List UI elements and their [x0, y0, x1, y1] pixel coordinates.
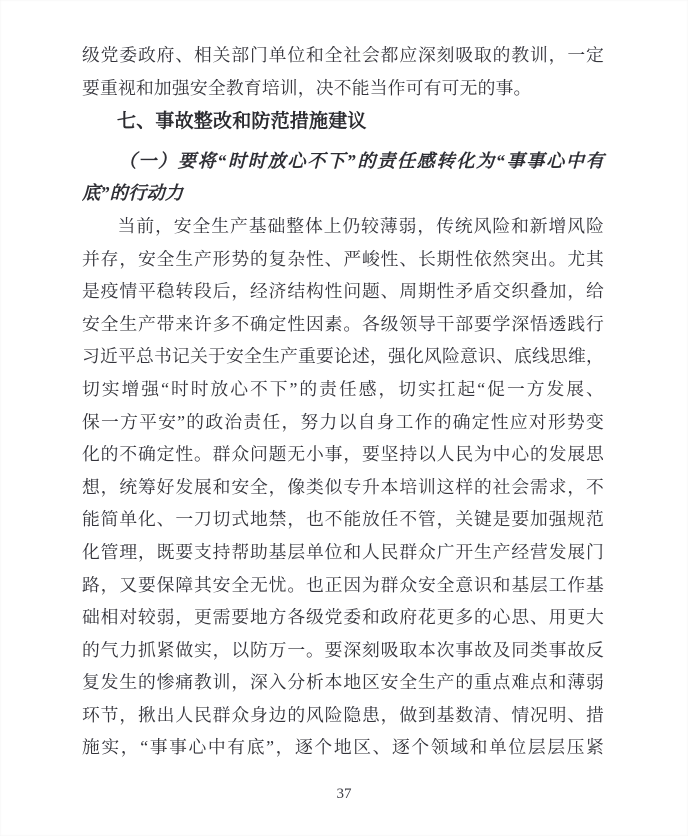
body-line: 当前，安全生产基础整体上仍较薄弱，传统风险和新增风险: [82, 210, 604, 243]
body-line: 切实增强“时时放心不下”的责任感，切实扛起“促一方发展、: [82, 373, 604, 406]
body-line: 化的不确定性。群众问题无小事，要坚持以人民为中心的发展思: [82, 438, 604, 471]
body-line: 复发生的惨痛教训，深入分析本地区安全生产的重点难点和薄弱: [82, 666, 604, 699]
body-line: 级党委政府、相关部门单位和全社会都应深刻吸取的教训，一定: [82, 39, 604, 72]
body-line: 能简单化、一刀切式地禁，也不能放任不管，关键是要加强规范: [82, 503, 604, 536]
body-line: 习近平总书记关于安全生产重要论述，强化风险意识、底线思维，: [82, 340, 604, 373]
page-number: 37: [0, 786, 688, 803]
body-line: 化管理，既要支持帮助基层单位和人民群众广开生产经营发展门: [82, 536, 604, 569]
body-line: 保一方平安”的政治责任，努力以自身工作的确定性应对形势变: [82, 406, 604, 439]
body-line: 的气力抓紧做实，以防万一。要深刻吸取本次事故及同类事故反: [82, 634, 604, 667]
body-line: 础相对较弱，更需要地方各级党委和政府花更多的心思、用更大: [82, 601, 604, 634]
body-line: 并存，安全生产形势的复杂性、严峻性、长期性依然突出。尤其: [82, 243, 604, 276]
body-line: 想，统筹好发展和安全，像类似专升本培训这样的社会需求，不: [82, 471, 604, 504]
document-page: 级党委政府、相关部门单位和全社会都应深刻吸取的教训，一定要重视和加强安全教育培训…: [0, 0, 688, 836]
subheading-line: 底”的行动力: [82, 177, 604, 210]
body-line: 安全生产带来许多不确定性因素。各级领导干部要学深悟透践行: [82, 308, 604, 341]
body-line: 要重视和加强安全教育培训，决不能当作可有可无的事。: [82, 72, 604, 105]
body-line: 施实，“事事心中有底”，逐个地区、逐个领域和单位层层压紧: [82, 731, 604, 764]
subheading-line: （一）要将“时时放心不下”的责任感转化为“事事心中有: [82, 145, 604, 178]
body-line: 环节，揪出人民群众身边的风险隐患，做到基数清、情况明、措: [82, 699, 604, 732]
body-line: 路，又要保障其安全无忧。也正因为群众安全意识和基层工作基: [82, 569, 604, 602]
body-line: 是疫情平稳转段后，经济结构性问题、周期性矛盾交织叠加，给: [82, 275, 604, 308]
page-content: 级党委政府、相关部门单位和全社会都应深刻吸取的教训，一定要重视和加强安全教育培训…: [82, 39, 604, 764]
section-heading: 七、事故整改和防范措施建议: [82, 106, 604, 139]
